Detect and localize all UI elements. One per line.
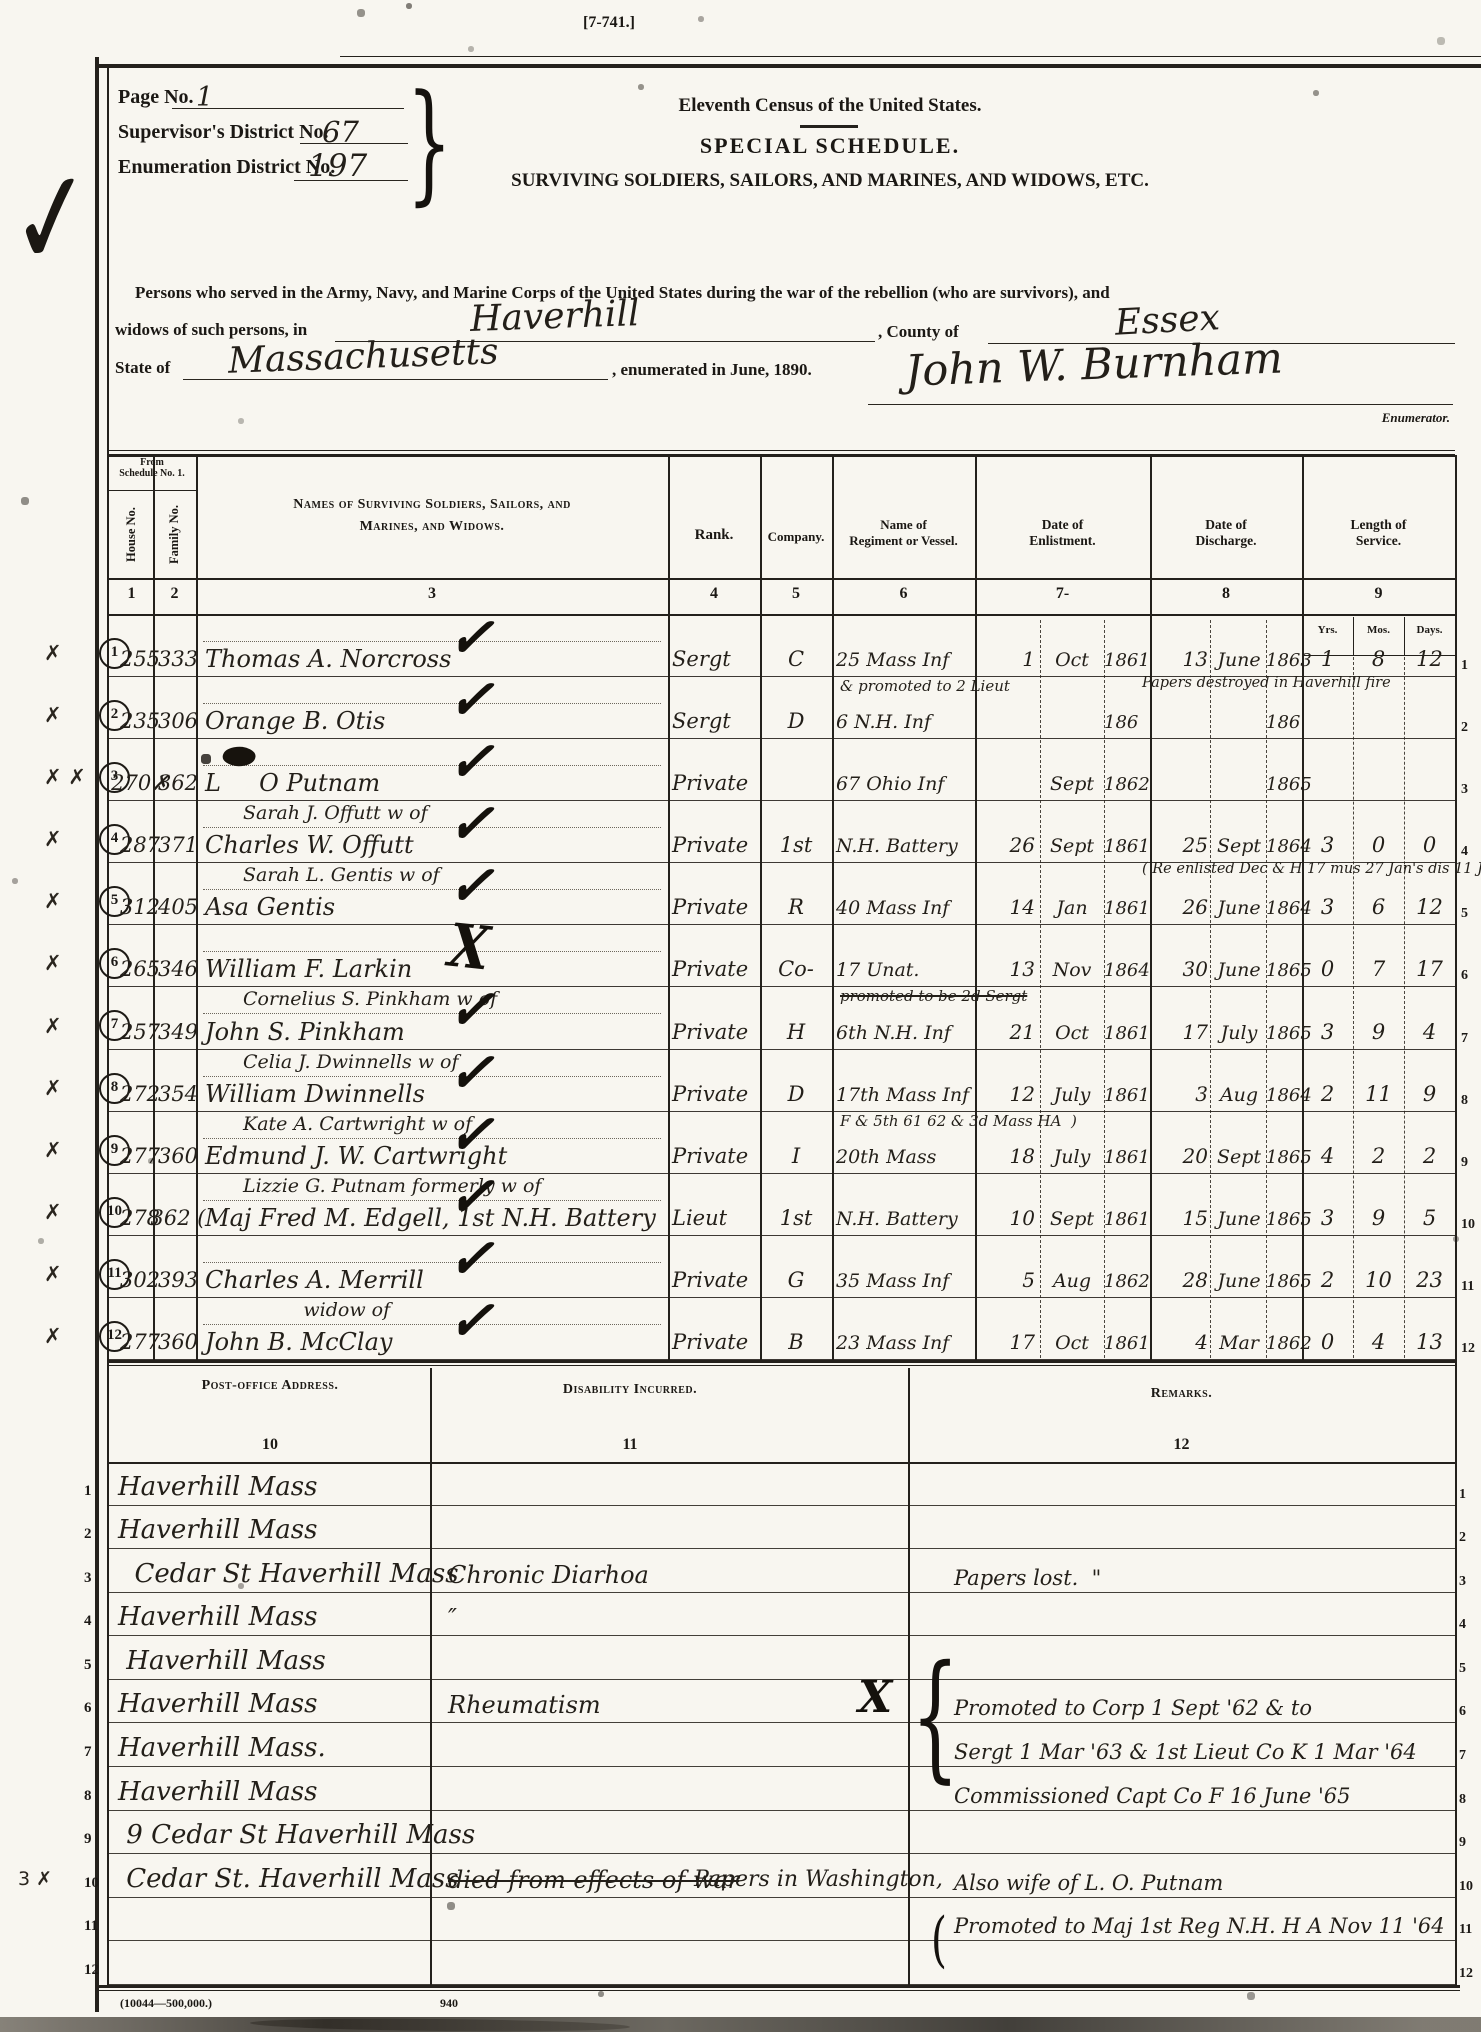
row-number-left: 9: [84, 1831, 92, 1848]
rank-value: Private: [672, 1268, 748, 1292]
service-months: 7: [1353, 957, 1404, 981]
regiment-value: 17th Mass Inf: [836, 1084, 969, 1106]
discharge-month: Sept: [1212, 835, 1266, 857]
rank-value: Private: [672, 1330, 748, 1354]
row-number-right: 5: [1459, 1661, 1466, 1677]
discharge-day: 26: [1150, 895, 1208, 919]
t1-header-bottom-rule: [107, 578, 1455, 580]
row-number-right: 10: [1459, 1879, 1473, 1895]
margin-mark: ✗ ✗: [44, 765, 86, 789]
rank-value: Private: [672, 771, 748, 795]
rank-header: Rank.: [668, 527, 760, 544]
service-years: 0: [1302, 957, 1353, 981]
enumeration-district-label: Enumeration District No.: [118, 156, 335, 179]
enlist-day: 12: [975, 1082, 1035, 1106]
service-days: 5: [1404, 1206, 1455, 1230]
scan-noise: [0, 0, 2, 2]
t2-bottom-rule: [95, 1985, 1460, 1988]
soldier-row: ✗ 6 265 346 William F. Larkin X Private …: [0, 925, 1481, 987]
rank-value: Private: [672, 895, 748, 919]
colnum-family: 2: [153, 585, 196, 603]
row-number-right: 12: [1459, 1966, 1473, 1982]
colnum-names: 3: [196, 585, 668, 603]
service-months: 10: [1353, 1268, 1404, 1292]
company-value: R: [788, 895, 804, 919]
discharge-year: 186: [1266, 712, 1300, 733]
soldier-row: ✗ 12 277 360 widow of John B. McClay ✓ P…: [0, 1298, 1481, 1360]
discharge-day: 28: [1150, 1268, 1208, 1292]
service-years: 3: [1302, 1020, 1353, 1044]
supervisor-district-blank-line: [300, 143, 408, 144]
service-days: 4: [1404, 1020, 1455, 1044]
t2-bottom-thin-rule: [95, 1990, 1460, 1991]
margin-mark: ✗: [44, 1138, 62, 1162]
row-number-right: 6: [1459, 1704, 1466, 1720]
margin-mark: ✗: [44, 827, 62, 851]
service-years: 4: [1302, 1144, 1353, 1168]
state-value: Massachusetts: [227, 331, 499, 381]
house-no: 302: [120, 1268, 160, 1292]
widow-name: Celia J. Dwinnells w of: [243, 1051, 459, 1073]
enlist-month: Sept: [1040, 835, 1104, 857]
address-row: 8 Haverhill Mass Commissioned Capt Co F …: [0, 1767, 1481, 1811]
enlist-year: 186: [1104, 712, 1138, 733]
row-number-left: 8: [84, 1788, 92, 1805]
x-mark: X: [858, 1672, 892, 1723]
regiment-value: 17 Unat.: [836, 959, 919, 981]
row-annotation: ( Re enlisted Dec & H 17 mus 27 Jan's di…: [1142, 861, 1481, 877]
service-days: 23: [1404, 1268, 1455, 1292]
company-value: G: [788, 1268, 805, 1292]
address-row: 7 Haverhill Mass. Sergt 1 Mar '63 & 1st …: [0, 1723, 1481, 1767]
enlist-day: 26: [975, 833, 1035, 857]
post-office-address: Haverhill Mass: [118, 1602, 317, 1632]
post-office-address: Haverhill Mass: [118, 1689, 317, 1719]
house-no: 277: [120, 1330, 160, 1354]
enlist-year: 1862: [1104, 774, 1150, 795]
service-months: 11: [1353, 1082, 1404, 1106]
discharge-day: 15: [1150, 1206, 1208, 1230]
service-days: 12: [1404, 895, 1455, 919]
address-row: 11 Promoted to Maj 1st Reg N.H. H A Nov …: [0, 1898, 1481, 1942]
row-number-right: 11: [1459, 1922, 1472, 1938]
row-number-left: 1: [84, 1483, 92, 1500]
enlist-day: 1: [975, 647, 1035, 671]
census-title: Eleventh Census of the United States.: [400, 95, 1260, 117]
discharge-month: June: [1212, 1208, 1266, 1230]
remarks-value: Sergt 1 Mar '63 & 1st Lieut Co K 1 Mar '…: [954, 1740, 1417, 1764]
page-no-label: Page No.: [118, 86, 194, 109]
title-underline: [800, 125, 858, 128]
soldier-name: Orange B. Otis: [205, 707, 385, 735]
enlist-month: Nov: [1040, 959, 1104, 981]
family-no: 346: [158, 957, 198, 981]
company-value: I: [792, 1144, 800, 1168]
soldier-name: Maj Fred M. Edgell, 1st N.H. Battery: [205, 1204, 656, 1232]
discharge-header: Date of Discharge.: [1150, 517, 1302, 549]
row-number-right: 7: [1461, 1031, 1468, 1047]
family-no: 349: [158, 1020, 198, 1044]
soldier-name: Thomas A. Norcross: [205, 645, 451, 673]
row-number-right: 1: [1461, 658, 1468, 674]
post-office-address: Haverhill Mass.: [118, 1733, 326, 1763]
state-blank-line: [183, 379, 608, 380]
printers-mark: (10044—500,000.): [120, 1996, 212, 2011]
widow-name: Kate A. Cartwright w of: [243, 1113, 472, 1135]
soldier-row: ✗ 2 235 306 Orange B. Otis ✓ Sergt D & p…: [0, 677, 1481, 739]
discharge-month: July: [1212, 1022, 1266, 1044]
service-months: 8: [1353, 647, 1404, 671]
company-value: Co-: [778, 957, 814, 981]
soldier-row: ✗ 5 312 405 Sarah L. Gentis w of Asa Gen…: [0, 863, 1481, 925]
from-schedule-box: From Schedule No. 1.: [108, 457, 196, 479]
regiment-value: 67 Ohio Inf: [836, 773, 944, 795]
soldier-name: Charles A. Merrill: [205, 1266, 424, 1294]
margin-mark: ✗: [44, 1200, 62, 1224]
company-value: B: [788, 1330, 803, 1354]
row-number-right: 12: [1461, 1341, 1475, 1357]
row-number-right: 4: [1461, 844, 1468, 860]
service-years: 2: [1302, 1268, 1353, 1292]
row-number-right: 10: [1461, 1217, 1475, 1233]
margin-mark: ✗: [44, 951, 62, 975]
row-number-right: 1: [1459, 1487, 1466, 1503]
address-row: 4 Haverhill Mass ″ 4: [0, 1593, 1481, 1637]
soldier-row: ✗ 9 277 360 Kate A. Cartwright w of Edmu…: [0, 1112, 1481, 1174]
ink-blot: ⬤: [218, 742, 262, 769]
colnum-house: 1: [110, 585, 153, 603]
post-office-address: Haverhill Mass: [118, 1777, 317, 1807]
row-number-right: 8: [1461, 1093, 1468, 1109]
house-no: 255: [120, 647, 160, 671]
from-schedule-line2: Schedule No. 1.: [119, 468, 185, 479]
row-number-right: 11: [1461, 1279, 1474, 1295]
schedule-subtitle: SURVIVING SOLDIERS, SAILORS, AND MARINES…: [400, 170, 1260, 192]
colnum-enlist: 7-: [975, 585, 1150, 603]
house-no: 265: [120, 957, 160, 981]
regiment-value: 6 N.H. Inf: [836, 711, 931, 733]
discharge-day: 17: [1150, 1020, 1208, 1044]
soldier-row: ✗ 4 287 371 Sarah J. Offutt w of Charles…: [0, 801, 1481, 863]
regiment-note: F & 5th 61 62 & 3d Mass HA ): [840, 1112, 1077, 1130]
remarks-header: Remarks.: [908, 1386, 1455, 1402]
remarks-value: Promoted to Corp 1 Sept '62 & to: [954, 1696, 1312, 1720]
address-row: 9 9 Cedar St Haverhill Mass 9: [0, 1811, 1481, 1855]
schedule-title: SPECIAL SCHEDULE.: [400, 133, 1260, 159]
discharge-day: 13: [1150, 647, 1208, 671]
margin-mark: ✗: [44, 641, 62, 665]
enumerator-signature: John W. Burnham: [904, 333, 1283, 396]
service-years: 0: [1302, 1330, 1353, 1354]
row-number-left: 12: [84, 1962, 99, 1979]
remarks-value: Papers lost. ": [954, 1566, 1101, 1590]
soldier-name: Charles W. Offutt: [205, 831, 414, 859]
disability-value: Chronic Diarhoa: [448, 1561, 649, 1589]
regiment-value: 23 Mass Inf: [836, 1332, 949, 1354]
row-number-left: 3: [84, 1570, 92, 1587]
service-months: 6: [1353, 895, 1404, 919]
regiment-value: 6th N.H. Inf: [836, 1022, 951, 1044]
enlist-month: Oct: [1040, 1332, 1104, 1354]
soldier-name: John S. Pinkham: [205, 1018, 405, 1046]
row-number-right: 9: [1461, 1155, 1468, 1171]
family-no: 393: [158, 1268, 198, 1292]
enlist-month: July: [1040, 1146, 1104, 1168]
company-value: H: [787, 1020, 805, 1044]
family-no: 333: [158, 647, 198, 671]
service-years: 3: [1302, 895, 1353, 919]
check-mark: ✓: [445, 1283, 496, 1357]
row-number-left: 10: [84, 1875, 99, 1892]
company-header: Company.: [760, 529, 832, 545]
enlist-year: 1861: [1104, 898, 1150, 919]
discharge-day: 3: [1150, 1082, 1208, 1106]
t1-bottom-rule: [107, 1360, 1455, 1363]
post-office-address: Haverhill Mass: [118, 1646, 326, 1676]
house-no: 235: [120, 709, 160, 733]
family-no: 371: [158, 833, 198, 857]
post-office-address: Cedar St Haverhill Mass: [118, 1559, 459, 1589]
soldier-row: ✗ 1 255 333 Thomas A. Norcross ✓ Sergt C…: [0, 615, 1481, 677]
colnum-remarks: 12: [908, 1436, 1455, 1454]
enlist-day: 5: [975, 1268, 1035, 1292]
discharge-day: 20: [1150, 1144, 1208, 1168]
enlist-month: Sept: [1040, 1208, 1104, 1230]
regiment-header: Name of Regiment or Vessel.: [832, 517, 975, 549]
regiment-note: promoted to be 2d Sergt: [840, 987, 1027, 1005]
row-number-right: 8: [1459, 1792, 1466, 1808]
company-value: D: [788, 709, 805, 733]
row-number-right: 4: [1459, 1617, 1466, 1633]
service-years: 2: [1302, 1082, 1353, 1106]
address-row: 3 ✗ 10 Cedar St. Haverhill Mass died fro…: [0, 1854, 1481, 1898]
enlist-day: 10: [975, 1206, 1035, 1230]
enlist-month: Oct: [1040, 1022, 1104, 1044]
row-number-right: 7: [1459, 1748, 1466, 1764]
row-number-right: 2: [1461, 720, 1468, 736]
t1-top-thin-rule: [107, 450, 1455, 451]
t1-bottom-thin-rule: [107, 1365, 1455, 1366]
regiment-note: & promoted to 2 Lieut: [840, 677, 1010, 695]
disability-value: Rheumatism: [448, 1691, 601, 1719]
service-days: 13: [1404, 1330, 1455, 1354]
margin-mark: ✗: [44, 889, 62, 913]
service-days: 0: [1404, 833, 1455, 857]
enlist-year: 1861: [1104, 1023, 1150, 1044]
frame-top-rule: [95, 64, 1481, 68]
family-no: 306: [158, 709, 198, 733]
widow-name: Lizzie G. Putnam formerly w of: [243, 1175, 541, 1197]
widow-name: Sarah J. Offutt w of: [243, 802, 428, 824]
discharge-month: June: [1212, 649, 1266, 671]
from-schedule-line1: From: [140, 457, 164, 468]
row-number-left: 7: [84, 1744, 92, 1761]
census-special-schedule-page: [7-741.] ✓ Page No. 1 Supervisor's Distr…: [0, 0, 1481, 2032]
family-no: 362 (: [151, 1206, 206, 1230]
margin-mark: ✗: [44, 1076, 62, 1100]
post-office-address: Cedar St. Haverhill Mass: [118, 1864, 459, 1894]
row-number-right: 3: [1459, 1574, 1466, 1590]
disability-header: Disability Incurred.: [430, 1382, 830, 1398]
service-years: 3: [1302, 1206, 1353, 1230]
remarks-value: Commissioned Capt Co F 16 June '65: [954, 1784, 1350, 1808]
enumerated-date-label: , enumerated in June, 1890.: [612, 360, 812, 380]
rank-value: Private: [672, 1082, 748, 1106]
enlist-year: 1861: [1104, 1209, 1150, 1230]
house-no-header: House No.: [110, 492, 153, 576]
county-label: , County of: [878, 322, 959, 342]
house-no: 257: [120, 1020, 160, 1044]
row-number-right: 3: [1461, 782, 1468, 798]
discharge-month: Mar: [1212, 1332, 1266, 1354]
enlist-day: 14: [975, 895, 1035, 919]
enlistment-header: Date of Enlistment.: [975, 517, 1150, 549]
enlist-year: 1864: [1104, 960, 1150, 981]
discharge-day: 4: [1150, 1330, 1208, 1354]
rank-value: Private: [672, 1020, 748, 1044]
soldier-row: ✗ 10 278 362 ( Lizzie G. Putnam formerly…: [0, 1174, 1481, 1236]
soldier-name: John B. McClay: [205, 1328, 392, 1356]
enlist-day: 17: [975, 1330, 1035, 1354]
service-months: 0: [1353, 833, 1404, 857]
post-office-address: Haverhill Mass: [118, 1472, 317, 1502]
row-number-left: 11: [84, 1918, 98, 1935]
frame-top-thin-rule: [340, 56, 1481, 57]
row-number-left: 5: [84, 1657, 92, 1674]
enlist-month: Aug: [1040, 1270, 1104, 1292]
address-row: 5 Haverhill Mass 5: [0, 1636, 1481, 1680]
remarks-value: Also wife of L. O. Putnam: [954, 1871, 1223, 1895]
colnum-regiment: 6: [832, 585, 975, 603]
disability-value: ″: [448, 1604, 457, 1632]
service-days: 2: [1404, 1144, 1455, 1168]
row-number-right: 6: [1461, 968, 1468, 984]
house-no: 272: [120, 1082, 160, 1106]
post-office-address: Haverhill Mass: [118, 1515, 317, 1545]
rank-value: Private: [672, 833, 748, 857]
enlist-year: 1861: [1104, 836, 1150, 857]
margin-mark: ✗: [44, 1014, 62, 1038]
address-row: 6 Haverhill Mass Rheumatism X Promoted t…: [0, 1680, 1481, 1724]
margin-check-icon: ✓: [2, 139, 103, 300]
colnum-disability: 11: [430, 1436, 830, 1454]
soldier-name: Asa Gentis: [205, 893, 335, 921]
print-code: 940: [440, 1996, 458, 2011]
service-days: 12: [1404, 647, 1455, 671]
row-annotation: Papers destroyed in Haverhill fire: [1142, 675, 1391, 691]
enlist-year: 1862: [1104, 1271, 1150, 1292]
remarks-brace: {: [911, 1637, 959, 1797]
address-row: 3 Cedar St Haverhill Mass Chronic Diarho…: [0, 1549, 1481, 1593]
margin-mark: ✗: [44, 703, 62, 727]
disability-value-cont: Papers in Washington,: [694, 1867, 943, 1892]
rank-value: Sergt: [672, 647, 731, 671]
family-no: 360: [158, 1330, 198, 1354]
rank-value: Private: [672, 957, 748, 981]
widow-name: widow of: [243, 1299, 390, 1321]
state-label: State of: [115, 358, 170, 378]
colnum-rank: 4: [668, 585, 760, 603]
enlist-year: 1861: [1104, 650, 1150, 671]
discharge-month: June: [1212, 897, 1266, 919]
service-header: Length of Service.: [1302, 517, 1455, 549]
discharge-day: 30: [1150, 957, 1208, 981]
soldier-row: ✗ 7 257 349 Cornelius S. Pinkham w of Jo…: [0, 987, 1481, 1049]
family-no: 354: [158, 1082, 198, 1106]
enlist-day: 21: [975, 1020, 1035, 1044]
address-header: Post-office Address.: [110, 1378, 430, 1394]
widow-name: Sarah L. Gentis w of: [243, 864, 440, 886]
service-years: 3: [1302, 833, 1353, 857]
discharge-day: 25: [1150, 833, 1208, 857]
service-days: 9: [1404, 1082, 1455, 1106]
soldier-row: ✗ 8 272 354 Celia J. Dwinnells w of Will…: [0, 1050, 1481, 1112]
widows-label: widows of such persons, in: [115, 320, 307, 340]
family-no: 362: [158, 771, 198, 795]
discharge-month: June: [1212, 959, 1266, 981]
margin-mark: 3 ✗: [18, 1868, 52, 1890]
discharge-month: Aug: [1212, 1084, 1266, 1106]
names-header-line1: Names of Surviving Soldiers, Sailors, an…: [196, 497, 668, 513]
house-no: 287: [120, 833, 160, 857]
regiment-value: 25 Mass Inf: [836, 649, 949, 671]
soldiers-table-body: ✗ 1 255 333 Thomas A. Norcross ✓ Sergt C…: [0, 615, 1481, 1360]
regiment-value: N.H. Battery: [836, 1208, 958, 1230]
family-no: 405: [158, 895, 198, 919]
post-office-address: 9 Cedar St Haverhill Mass: [118, 1820, 475, 1850]
enlist-month: Oct: [1040, 649, 1104, 671]
regiment-value: N.H. Battery: [836, 835, 958, 857]
margin-mark: ✗: [44, 1324, 62, 1348]
enlist-day: 18: [975, 1144, 1035, 1168]
soldier-row: ✗ 11 302 393 Charles A. Merrill ✓ Privat…: [0, 1236, 1481, 1298]
company-value: 1st: [780, 833, 813, 857]
enumerator-label: Enumerator.: [1300, 410, 1450, 426]
soldier-row: ✗ ✗ 3 270✗ 362 ⬤ L O Putnam ✓ Private 67…: [0, 739, 1481, 801]
enlist-year: 1861: [1104, 1085, 1150, 1106]
service-months: 9: [1353, 1206, 1404, 1230]
family-no: 360: [158, 1144, 198, 1168]
rank-value: Private: [672, 1144, 748, 1168]
service-days: 17: [1404, 957, 1455, 981]
colnum-company: 5: [760, 585, 832, 603]
enlist-year: 1861: [1104, 1333, 1150, 1354]
address-table-body: 1 Haverhill Mass 1 2 Haverhill Mass 2: [0, 1462, 1481, 1985]
form-number-tag: [7-741.]: [583, 14, 635, 32]
company-value: C: [788, 647, 804, 671]
soldier-name: L O Putnam: [205, 769, 380, 797]
enlist-month: July: [1040, 1084, 1104, 1106]
rank-value: Sergt: [672, 709, 731, 733]
row-number-right: 5: [1461, 906, 1468, 922]
row-number-left: 2: [84, 1526, 92, 1543]
regiment-value: 35 Mass Inf: [836, 1270, 949, 1292]
house-no: 312: [120, 895, 160, 919]
enlist-year: 1861: [1104, 1147, 1150, 1168]
house-no: 277: [120, 1144, 160, 1168]
address-row: 12 12: [0, 1941, 1481, 1985]
page-no-blank-line: [172, 108, 404, 109]
service-years: 1: [1302, 647, 1353, 671]
enlist-day: 13: [975, 957, 1035, 981]
row-number-right: 2: [1459, 1530, 1466, 1546]
enumeration-district-value: 197: [308, 148, 367, 184]
supervisor-district-label: Supervisor's District No.: [118, 121, 329, 144]
family-no-header: Family No.: [153, 492, 196, 576]
names-header-line2: Marines, and Widows.: [196, 519, 668, 535]
company-value: 1st: [780, 1206, 813, 1230]
row-number-left: 4: [84, 1613, 92, 1630]
